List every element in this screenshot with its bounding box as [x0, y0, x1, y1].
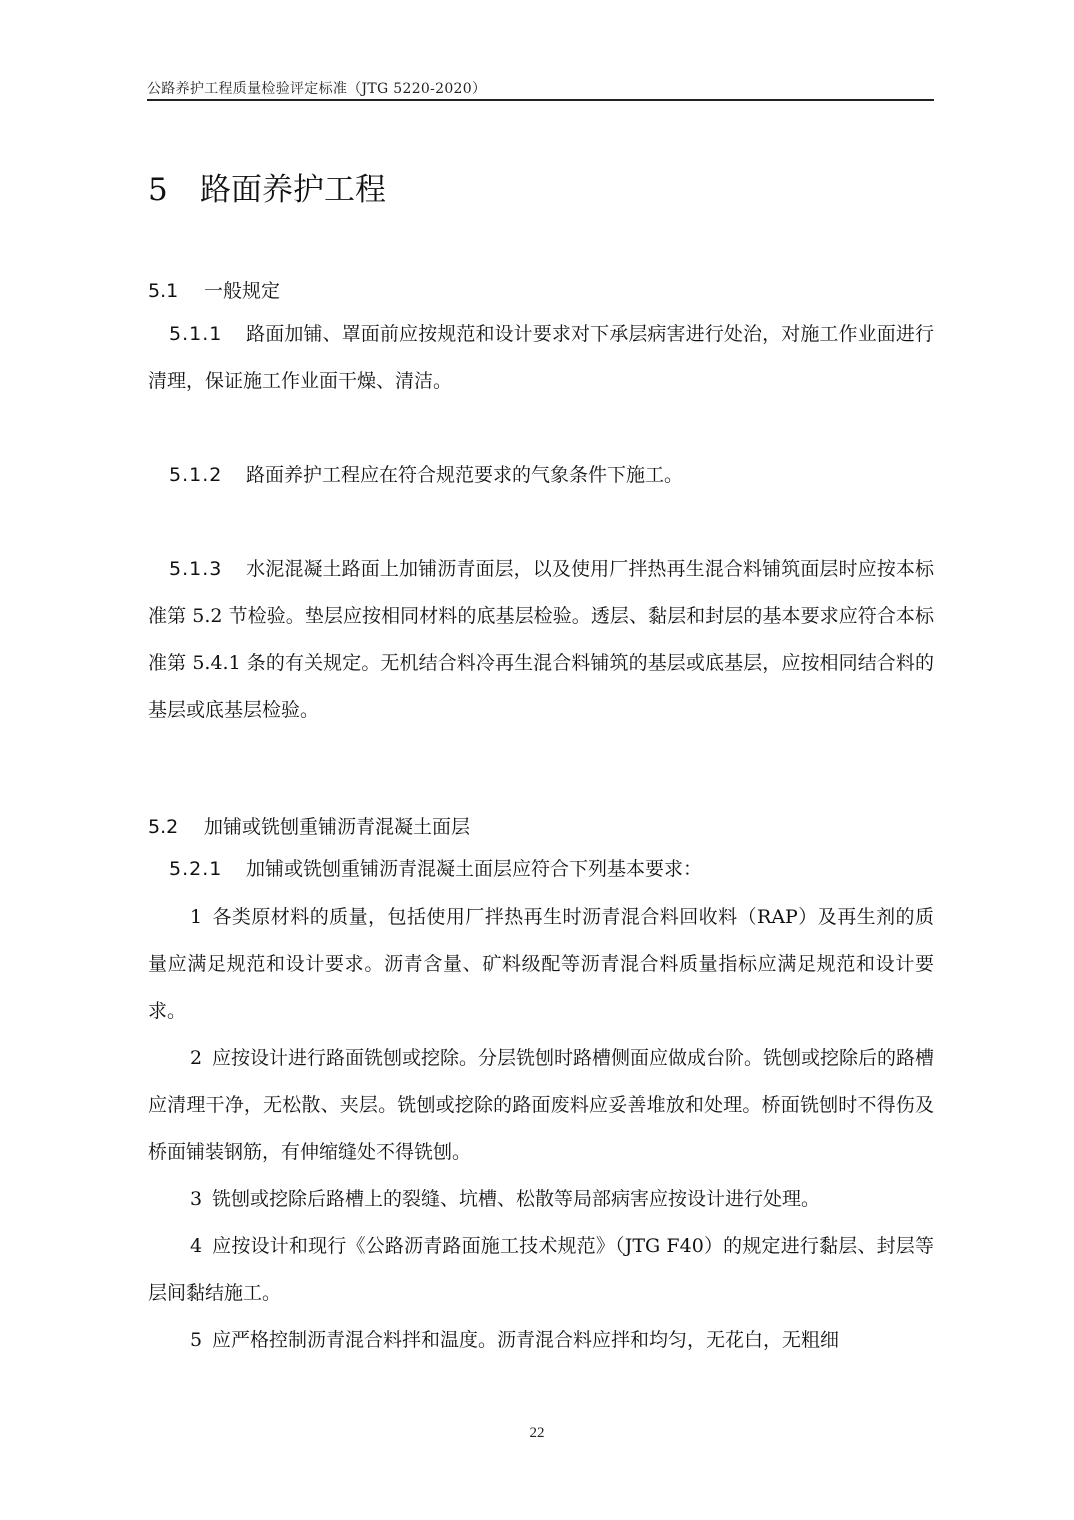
chapter-title-text: 路面养护工程 [200, 172, 386, 208]
clause-text: 路面养护工程应在符合规范要求的气象条件下施工。 [246, 464, 683, 486]
clause-number: 5.1.1 [169, 311, 246, 358]
header-divider [147, 99, 934, 101]
section-heading-5-2: 5.2加铺或铣刨重铺沥青混凝土面层 [148, 812, 470, 839]
item-3: 3铣刨或挖除后路槽上的裂缝、坑槽、松散等局部病害应按设计进行处理。 [148, 1176, 934, 1223]
item-number: 3 [190, 1176, 212, 1223]
section-heading-5-1: 5.1一般规定 [148, 276, 280, 303]
section-number: 5.2 [148, 816, 204, 838]
document-page: 公路养护工程质量检验评定标准（JTG 5220-2020） 5路面养护工程 5.… [0, 0, 1074, 1520]
item-text: 应按设计进行路面铣刨或挖除。分层铣刨时路槽侧面应做成台阶。铣刨或挖除后的路槽应清… [148, 1047, 934, 1163]
item-number: 2 [190, 1035, 212, 1082]
clause-5-1-2: 5.1.2路面养护工程应在符合规范要求的气象条件下施工。 [148, 452, 934, 499]
clause-text: 路面加铺、罩面前应按规范和设计要求对下承层病害进行处治，对施工作业面进行清理，保… [148, 323, 934, 392]
item-number: 5 [190, 1317, 212, 1364]
section-number: 5.1 [148, 280, 204, 302]
clause-text: 加铺或铣刨重铺沥青混凝土面层应符合下列基本要求： [246, 858, 702, 880]
page-number: 22 [0, 1425, 1074, 1442]
clause-number: 5.2.1 [169, 846, 246, 893]
section-title: 加铺或铣刨重铺沥青混凝土面层 [204, 816, 470, 838]
item-1: 1各类原材料的质量，包括使用厂拌热再生时沥青混合料回收料（RAP）及再生剂的质量… [148, 894, 934, 1035]
clause-number: 5.1.2 [169, 452, 246, 499]
clause-5-2-1: 5.2.1加铺或铣刨重铺沥青混凝土面层应符合下列基本要求： [148, 846, 934, 893]
chapter-number: 5 [148, 172, 200, 208]
item-text: 铣刨或挖除后路槽上的裂缝、坑槽、松散等局部病害应按设计进行处理。 [212, 1188, 820, 1210]
running-header: 公路养护工程质量检验评定标准（JTG 5220-2020） [147, 78, 933, 98]
item-5: 5应严格控制沥青混合料拌和温度。沥青混合料应拌和均匀，无花白，无粗细 [148, 1317, 934, 1364]
section-title: 一般规定 [204, 280, 280, 302]
clause-5-1-3: 5.1.3水泥混凝土路面上加铺沥青面层，以及使用厂拌热再生混合料铺筑面层时应按本… [148, 546, 934, 734]
item-text: 应严格控制沥青混合料拌和温度。沥青混合料应拌和均匀，无花白，无粗细 [212, 1329, 839, 1351]
clause-5-1-1: 5.1.1路面加铺、罩面前应按规范和设计要求对下承层病害进行处治，对施工作业面进… [148, 311, 934, 405]
item-text: 各类原材料的质量，包括使用厂拌热再生时沥青混合料回收料（RAP）及再生剂的质量应… [148, 906, 934, 1022]
item-2: 2应按设计进行路面铣刨或挖除。分层铣刨时路槽侧面应做成台阶。铣刨或挖除后的路槽应… [148, 1035, 934, 1176]
item-text: 应按设计和现行《公路沥青路面施工技术规范》（JTG F40）的规定进行黏层、封层… [148, 1235, 934, 1304]
clause-number: 5.1.3 [169, 546, 246, 593]
clause-text: 水泥混凝土路面上加铺沥青面层，以及使用厂拌热再生混合料铺筑面层时应按本标准第 5… [148, 558, 934, 721]
item-number: 4 [190, 1223, 212, 1270]
item-number: 1 [190, 894, 212, 941]
item-4: 4应按设计和现行《公路沥青路面施工技术规范》（JTG F40）的规定进行黏层、封… [148, 1223, 934, 1317]
chapter-title: 5路面养护工程 [148, 164, 386, 209]
